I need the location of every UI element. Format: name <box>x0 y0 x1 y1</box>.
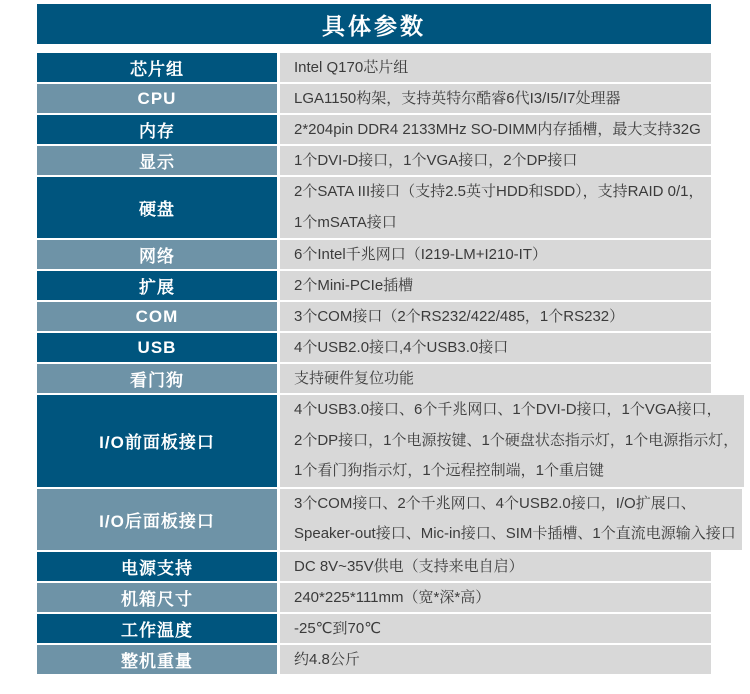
row-value-line: Intel Q170芯片组 <box>294 53 705 82</box>
table-row: 显示1个DVI-D接口，1个VGA接口，2个DP接口 <box>37 146 711 177</box>
table-title: 具体参数 <box>37 4 711 44</box>
row-value: Intel Q170芯片组 <box>280 53 711 82</box>
table-row: 扩展2个Mini-PCIe插槽 <box>37 271 711 302</box>
row-value: 3个COM接口（2个RS232/422/485，1个RS232） <box>280 302 711 331</box>
table-row: 电源支持DC 8V~35V供电（支持来电自启） <box>37 552 711 583</box>
row-label: 电源支持 <box>37 552 280 581</box>
row-value-line: 2个Mini-PCIe插槽 <box>294 271 705 300</box>
row-label: 机箱尺寸 <box>37 583 280 612</box>
table-row: 芯片组Intel Q170芯片组 <box>37 53 711 84</box>
row-value-line: 1个DVI-D接口，1个VGA接口，2个DP接口 <box>294 146 705 175</box>
table-row: I/O前面板接口4个USB3.0接口、6个千兆网口、1个DVI-D接口，1个VG… <box>37 395 711 489</box>
row-value-line: 3个COM接口（2个RS232/422/485，1个RS232） <box>294 302 705 331</box>
row-value-line: 1个mSATA接口 <box>294 208 705 239</box>
table-row: 看门狗支持硬件复位功能 <box>37 364 711 395</box>
row-value: 4个USB3.0接口、6个千兆网口、1个DVI-D接口，1个VGA接口，2个DP… <box>280 395 744 487</box>
row-value-line: 3个COM接口、2个千兆网口、4个USB2.0接口，I/O扩展口、 <box>294 489 736 520</box>
row-value: 2个Mini-PCIe插槽 <box>280 271 711 300</box>
row-value-line: 6个Intel千兆网口（I219-LM+I210-IT） <box>294 240 705 269</box>
row-value: -25℃到70℃ <box>280 614 711 643</box>
row-value-line: 2个DP接口，1个电源按键、1个硬盘状态指示灯，1个电源指示灯， <box>294 426 738 457</box>
row-label: 网络 <box>37 240 280 269</box>
row-value-line: DC 8V~35V供电（支持来电自启） <box>294 552 705 581</box>
row-value: 6个Intel千兆网口（I219-LM+I210-IT） <box>280 240 711 269</box>
row-value-line: 约4.8公斤 <box>294 645 705 674</box>
table-row: USB4个USB2.0接口,4个USB3.0接口 <box>37 333 711 364</box>
row-value-line: -25℃到70℃ <box>294 614 705 643</box>
row-value: 支持硬件复位功能 <box>280 364 711 393</box>
table-row: COM3个COM接口（2个RS232/422/485，1个RS232） <box>37 302 711 333</box>
row-value: LGA1150构架，支持英特尔酷睿6代I3/I5/I7处理器 <box>280 84 711 113</box>
row-label: 扩展 <box>37 271 280 300</box>
table-row: CPULGA1150构架，支持英特尔酷睿6代I3/I5/I7处理器 <box>37 84 711 115</box>
spec-rows: 芯片组Intel Q170芯片组CPULGA1150构架，支持英特尔酷睿6代I3… <box>37 53 711 676</box>
row-label: 工作温度 <box>37 614 280 643</box>
table-row: 机箱尺寸240*225*111mm（宽*深*高） <box>37 583 711 614</box>
table-row: 整机重量约4.8公斤 <box>37 645 711 676</box>
row-label: 显示 <box>37 146 280 175</box>
row-value: 3个COM接口、2个千兆网口、4个USB2.0接口，I/O扩展口、Speaker… <box>280 489 742 550</box>
table-row: 网络6个Intel千兆网口（I219-LM+I210-IT） <box>37 240 711 271</box>
row-label: 看门狗 <box>37 364 280 393</box>
row-label: 芯片组 <box>37 53 280 82</box>
row-value-line: 4个USB3.0接口、6个千兆网口、1个DVI-D接口，1个VGA接口， <box>294 395 738 426</box>
spec-sheet-page: 具体参数 芯片组Intel Q170芯片组CPULGA1150构架，支持英特尔酷… <box>0 0 750 694</box>
row-value-line: LGA1150构架，支持英特尔酷睿6代I3/I5/I7处理器 <box>294 84 705 113</box>
row-value-line: 1个看门狗指示灯，1个远程控制端，1个重启键 <box>294 456 738 487</box>
row-value: 约4.8公斤 <box>280 645 711 674</box>
row-label: USB <box>37 333 280 362</box>
row-label: I/O前面板接口 <box>37 395 280 487</box>
row-value: DC 8V~35V供电（支持来电自启） <box>280 552 711 581</box>
spec-table: 具体参数 芯片组Intel Q170芯片组CPULGA1150构架，支持英特尔酷… <box>37 4 711 676</box>
row-value-line: 2个SATA III接口（支持2.5英寸HDD和SDD），支持RAID 0/1， <box>294 177 705 208</box>
row-label: 硬盘 <box>37 177 280 238</box>
row-value: 4个USB2.0接口,4个USB3.0接口 <box>280 333 711 362</box>
table-row: 内存2*204pin DDR4 2133MHz SO-DIMM内存插槽，最大支持… <box>37 115 711 146</box>
row-value: 240*225*111mm（宽*深*高） <box>280 583 711 612</box>
row-value: 2个SATA III接口（支持2.5英寸HDD和SDD），支持RAID 0/1，… <box>280 177 711 238</box>
row-value-line: 4个USB2.0接口,4个USB3.0接口 <box>294 333 705 362</box>
row-label: CPU <box>37 84 280 113</box>
row-value-line: Speaker-out接口、Mic-in接口、SIM卡插槽、1个直流电源输入接口 <box>294 519 736 550</box>
row-label: 整机重量 <box>37 645 280 674</box>
row-value-line: 240*225*111mm（宽*深*高） <box>294 583 705 612</box>
table-row: 工作温度-25℃到70℃ <box>37 614 711 645</box>
row-label: 内存 <box>37 115 280 144</box>
table-row: 硬盘2个SATA III接口（支持2.5英寸HDD和SDD），支持RAID 0/… <box>37 177 711 240</box>
table-row: I/O后面板接口3个COM接口、2个千兆网口、4个USB2.0接口，I/O扩展口… <box>37 489 711 552</box>
row-value: 1个DVI-D接口，1个VGA接口，2个DP接口 <box>280 146 711 175</box>
row-value: 2*204pin DDR4 2133MHz SO-DIMM内存插槽，最大支持32… <box>280 115 711 144</box>
row-label: COM <box>37 302 280 331</box>
row-value-line: 2*204pin DDR4 2133MHz SO-DIMM内存插槽，最大支持32… <box>294 115 705 144</box>
row-value-line: 支持硬件复位功能 <box>294 364 705 393</box>
row-label: I/O后面板接口 <box>37 489 280 550</box>
